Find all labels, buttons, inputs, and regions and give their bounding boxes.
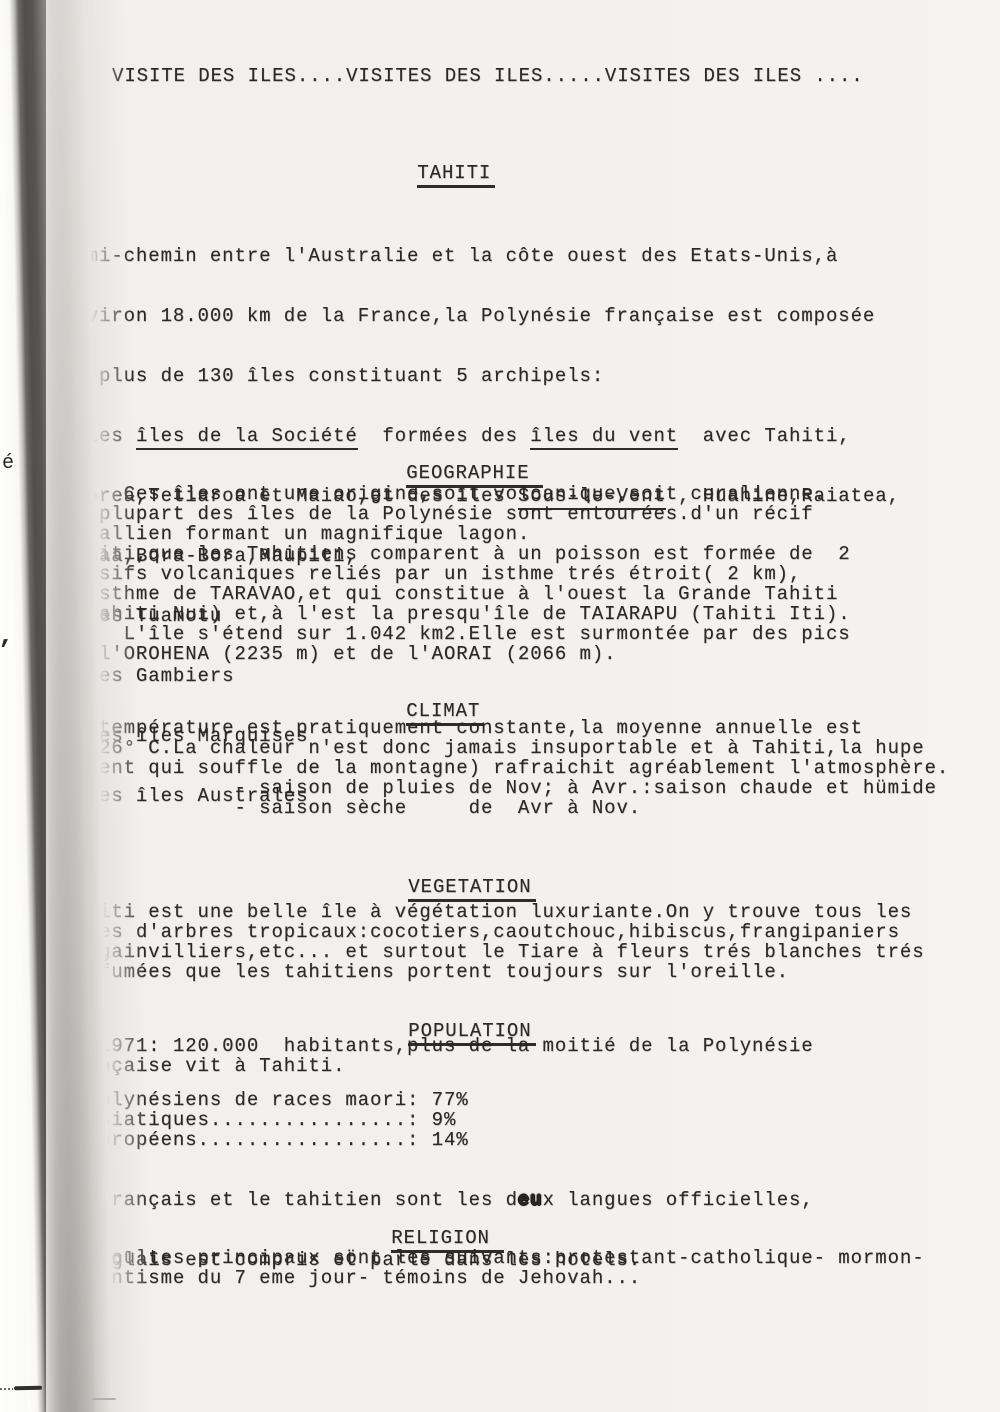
text-line: A mi-chemin entre l'Australie et la côte…	[62, 246, 900, 266]
overstrike-typo: eu	[518, 1189, 543, 1211]
text-line: Le français et le tahitien sont les deux…	[62, 1190, 814, 1210]
underlined-phrase-iles-du-vent: îles du vent	[530, 425, 678, 450]
scan-artifact-faint-dash	[92, 1398, 116, 1400]
section-title-tahiti: TAHITI	[368, 143, 495, 208]
text-segment: x langues officielles,	[543, 1189, 814, 1211]
typewritten-page: VISITE DES ILES....VISITES DES ILES.....…	[0, 0, 1000, 1412]
section-title-text: VEGETATION	[408, 877, 535, 902]
section-title-text: TAHITI	[417, 163, 495, 188]
underlined-phrase-iles-societe: îles de la Société	[136, 425, 358, 450]
climat-paragraph: La température est pratiquement constant…	[62, 718, 949, 818]
text-line: de plus de 130 îles constituant 5 archip…	[62, 366, 900, 386]
scan-artifact-dots	[0, 1388, 13, 1390]
vegetation-paragraph: Tahiti est une belle île à végétation lu…	[62, 902, 925, 982]
population-stats-list: - Polynésiens de races maori: 77% - Asia…	[62, 1090, 469, 1150]
population-paragraph: En 1971: 120.000 habitants,plus de la mo…	[62, 1036, 814, 1076]
margin-accent-mark: é	[2, 452, 14, 475]
page-header-repeat-line: VISITE DES ILES....VISITES DES ILES.....…	[112, 66, 864, 86]
text-segment: - les	[62, 425, 136, 447]
margin-quote-mark: ’	[0, 636, 13, 666]
text-segment: avec Tahiti,	[678, 425, 851, 447]
geographie-paragraph: Ces îles ont une origine,soit volcanique…	[62, 484, 851, 664]
religion-paragraph: Les cultes principaux sönt les suivants:…	[62, 1248, 925, 1288]
scan-artifact-dash	[14, 1386, 42, 1390]
text-line: environ 18.000 km de la France,la Polyné…	[62, 306, 900, 326]
